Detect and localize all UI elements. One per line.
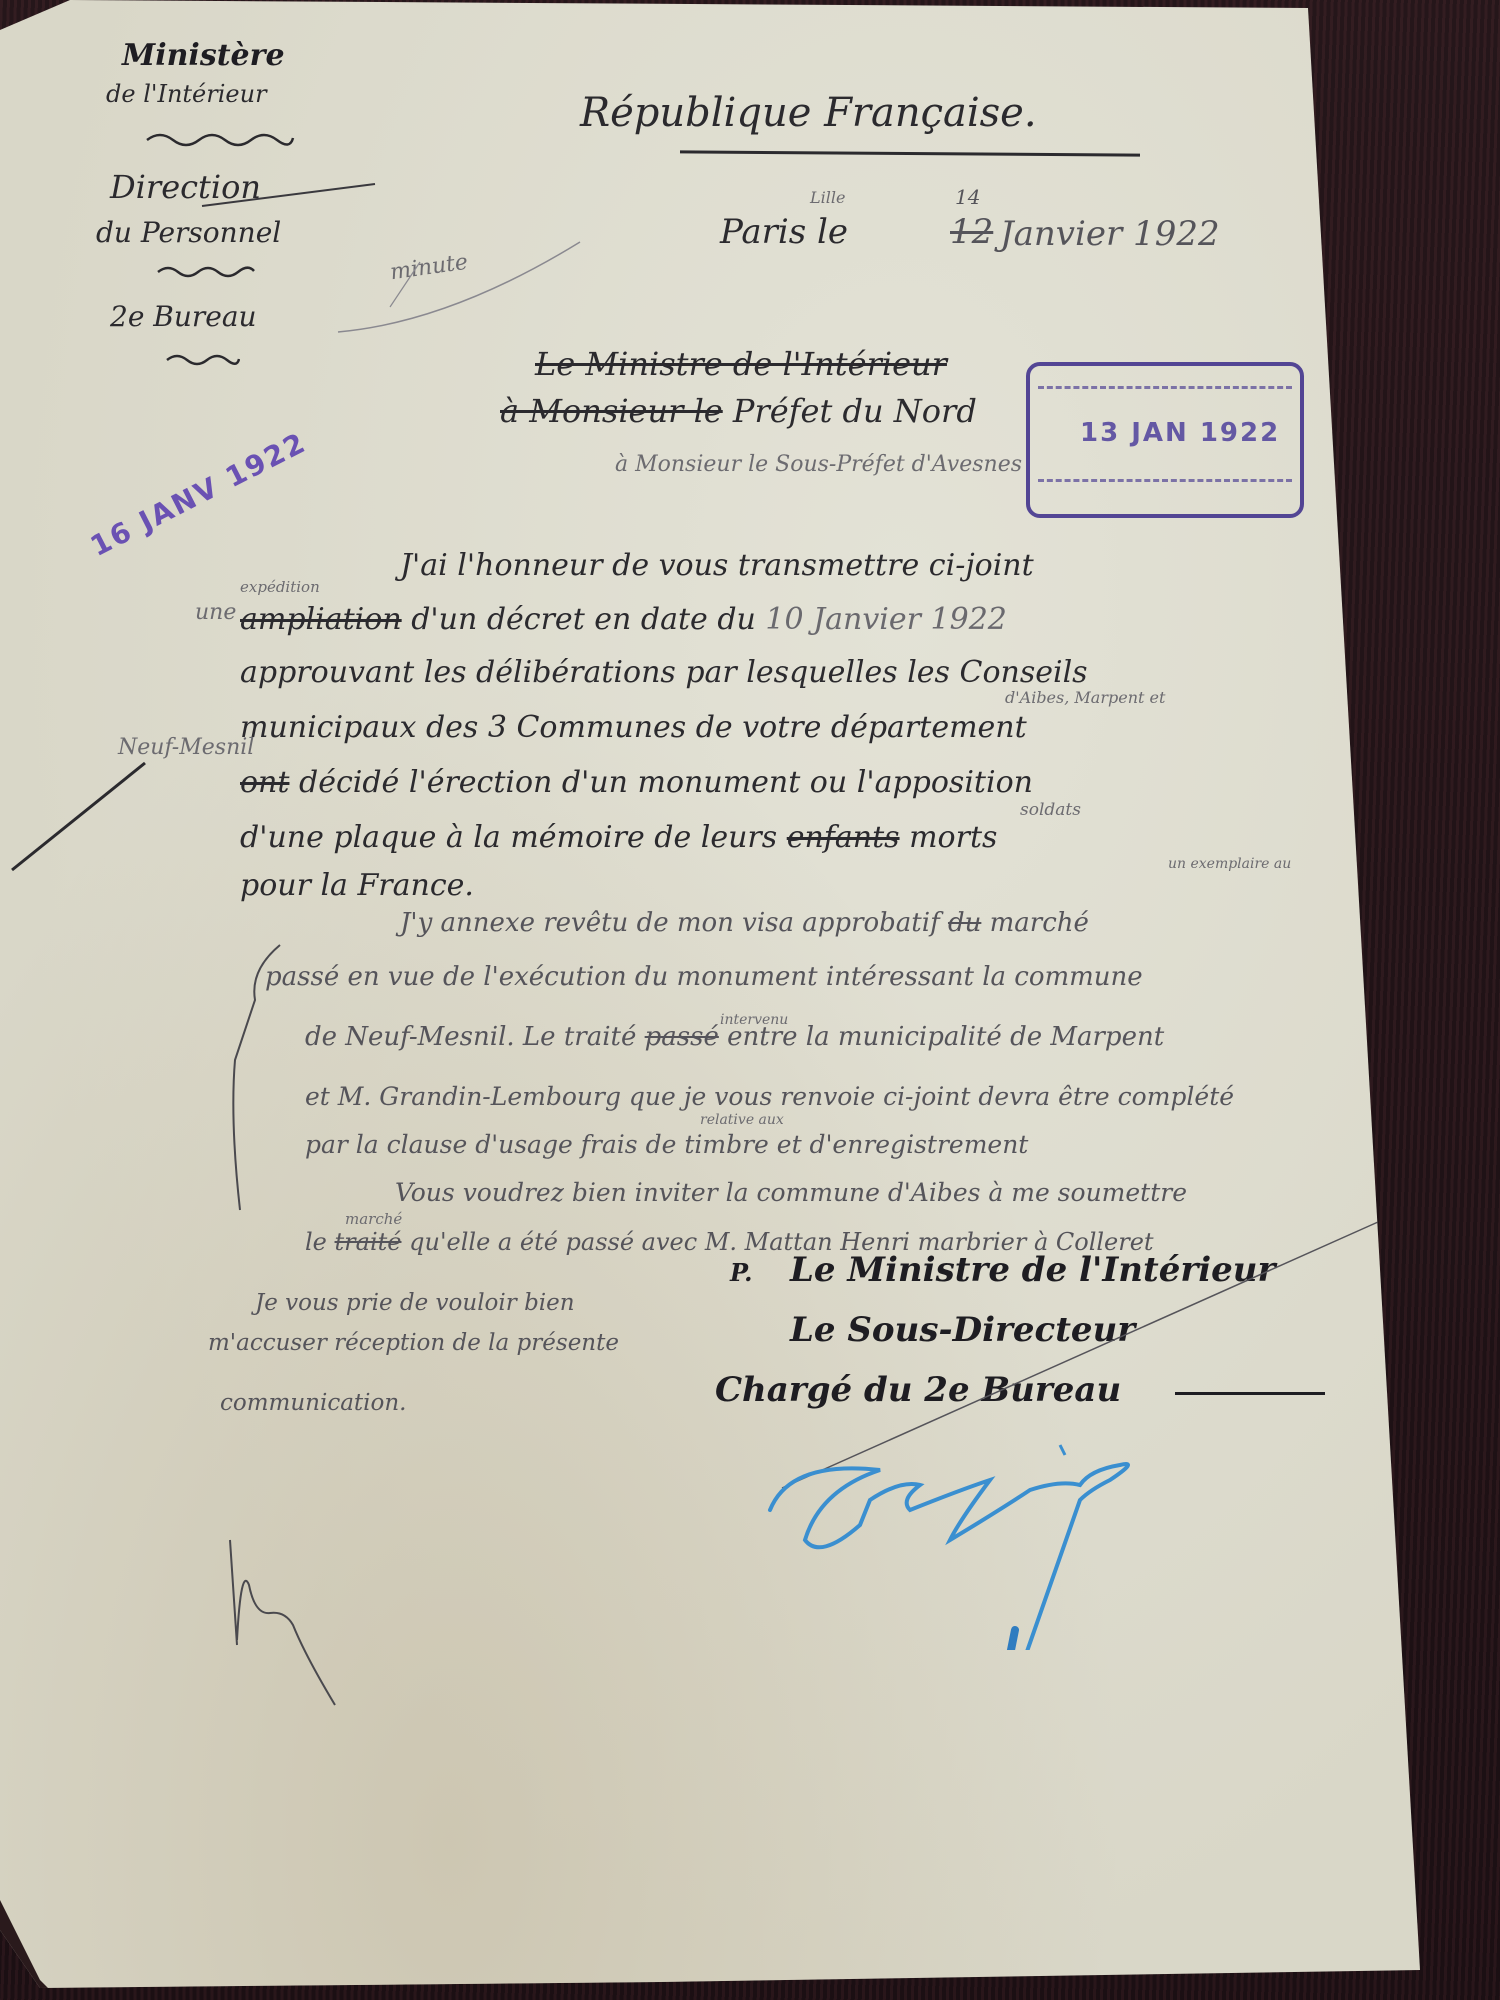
body-line-10-end: entre la municipalité de Marpent [727, 1022, 1164, 1052]
flourish-divider [145, 128, 295, 148]
margin-pointer-line [10, 755, 150, 875]
margin-une: une [195, 600, 236, 625]
insert-communes: d'Aibes, Marpent et [1005, 688, 1165, 707]
arrival-date-stamp: 16 JANV 1922 [85, 426, 312, 563]
place: Paris [720, 212, 806, 252]
body-line-5: ont décidé l'érection d'un monument ou l… [240, 765, 1033, 800]
direction-line-2: du Personnel [96, 216, 281, 249]
stamp-rule-2 [1038, 479, 1292, 482]
address-line-2-struck: à Monsieur le [500, 392, 723, 430]
flourish-divider-2 [156, 262, 256, 278]
body-line-12-end: frais de timbre et d'enregistrement [581, 1130, 1029, 1159]
body-line-5-text: décidé l'érection d'un monument ou l'app… [299, 765, 1033, 800]
body-line-14-start: le [305, 1228, 327, 1256]
body-line-7: pour la France. [240, 868, 474, 903]
insert-exemplaire: un exemplaire au [1168, 856, 1291, 872]
insert-expedition: expédition [240, 578, 320, 596]
insert-relative: relative aux [700, 1112, 784, 1128]
flourish-divider-3 [165, 350, 240, 366]
address-line-2-kept: Préfet du Nord [733, 392, 977, 430]
body-line-12: par la clause d'usage frais de timbre et… [305, 1130, 1028, 1159]
struck-ont: ont [240, 765, 289, 800]
body-line-8-text: J'y annexe revêtu de mon visa approbatif [400, 908, 940, 938]
body-line-4: municipaux des 3 Communes de votre dépar… [240, 710, 1027, 745]
received-stamp-box: 13 JAN 1922 [1026, 362, 1304, 518]
struck-traite: traité [335, 1228, 402, 1256]
address-line-1-struck: Le Ministre de l'Intérieur [535, 345, 947, 383]
date-day-crossed: 12 [950, 212, 993, 252]
body-line-13: Vous voudrez bien inviter la commune d'A… [395, 1178, 1187, 1207]
insert-soldats: soldats [1020, 800, 1081, 820]
struck-enfants: enfants [787, 820, 900, 855]
body-line-8: J'y annexe revêtu de mon visa approbatif… [400, 908, 1089, 938]
decree-date: 10 Janvier 1922 [765, 602, 1006, 637]
stamp-rule [1038, 386, 1292, 389]
title-underline [680, 150, 1140, 156]
body-line-9: passé en vue de l'exécution du monument … [265, 962, 1143, 992]
received-stamp-date: 13 JAN 1922 [1080, 418, 1280, 448]
body-line-10: de Neuf-Mesnil. Le traité passé entre la… [305, 1022, 1164, 1052]
struck-passe: passé [645, 1022, 719, 1052]
insert-marche: marché [345, 1210, 402, 1228]
body-line-11: et M. Grandin-Lembourg que je vous renvo… [305, 1082, 1234, 1111]
closing-line-2: m'accuser réception de la présente [208, 1330, 619, 1356]
body-line-8-end: marché [990, 908, 1089, 938]
address-line-2: à Monsieur le Préfet du Nord [500, 392, 977, 430]
body-line-2: ampliation d'un décret en date du 10 Jan… [240, 602, 1007, 637]
date-prefix: le [817, 212, 848, 252]
ministry-line-2: de l'Intérieur [106, 80, 267, 108]
ministry-line-1: Ministère [122, 38, 285, 73]
date-month-year: Janvier 1922 [1000, 214, 1220, 254]
pencil-initial [225, 1535, 345, 1715]
date-place: Paris le [720, 212, 848, 252]
body-line-3: approuvant les délibérations par lesquel… [240, 655, 1088, 690]
pp-mark: P. [730, 1258, 752, 1287]
closing-line-1: Je vous prie de vouloir bien [255, 1290, 575, 1316]
struck-ampliation: ampliation [240, 602, 402, 637]
page-title: République Française. [580, 90, 1037, 136]
body-line-6-text: d'une plaque à la mémoire de leurs [240, 820, 777, 855]
direction-underline [200, 180, 380, 210]
body-line-1: J'ai l'honneur de vous transmettre ci-jo… [400, 548, 1034, 583]
place-annotation: Lille [810, 188, 845, 207]
address-line-3: à Monsieur le Sous-Préfet d'Avesnes [615, 452, 1022, 477]
minute-pencil-arc [330, 232, 590, 342]
body-line-12-text: par la clause d'usage [305, 1130, 573, 1159]
body-line-10-text: de Neuf-Mesnil. Le traité [305, 1022, 636, 1052]
date-day-corrected: 14 [955, 185, 980, 209]
closing-line-3: communication. [220, 1390, 407, 1416]
bureau-label: 2e Bureau [110, 300, 257, 333]
body-line-6: d'une plaque à la mémoire de leurs enfan… [240, 820, 997, 855]
letter-sheet: Ministère de l'Intérieur Direction du Pe… [0, 0, 1500, 2000]
struck-du: du [948, 908, 981, 938]
body-line-6-end: morts [909, 820, 997, 855]
body-line-2-text: d'un décret en date du [411, 602, 756, 637]
handwritten-signature: J. Rigéraud [760, 1430, 1200, 1650]
